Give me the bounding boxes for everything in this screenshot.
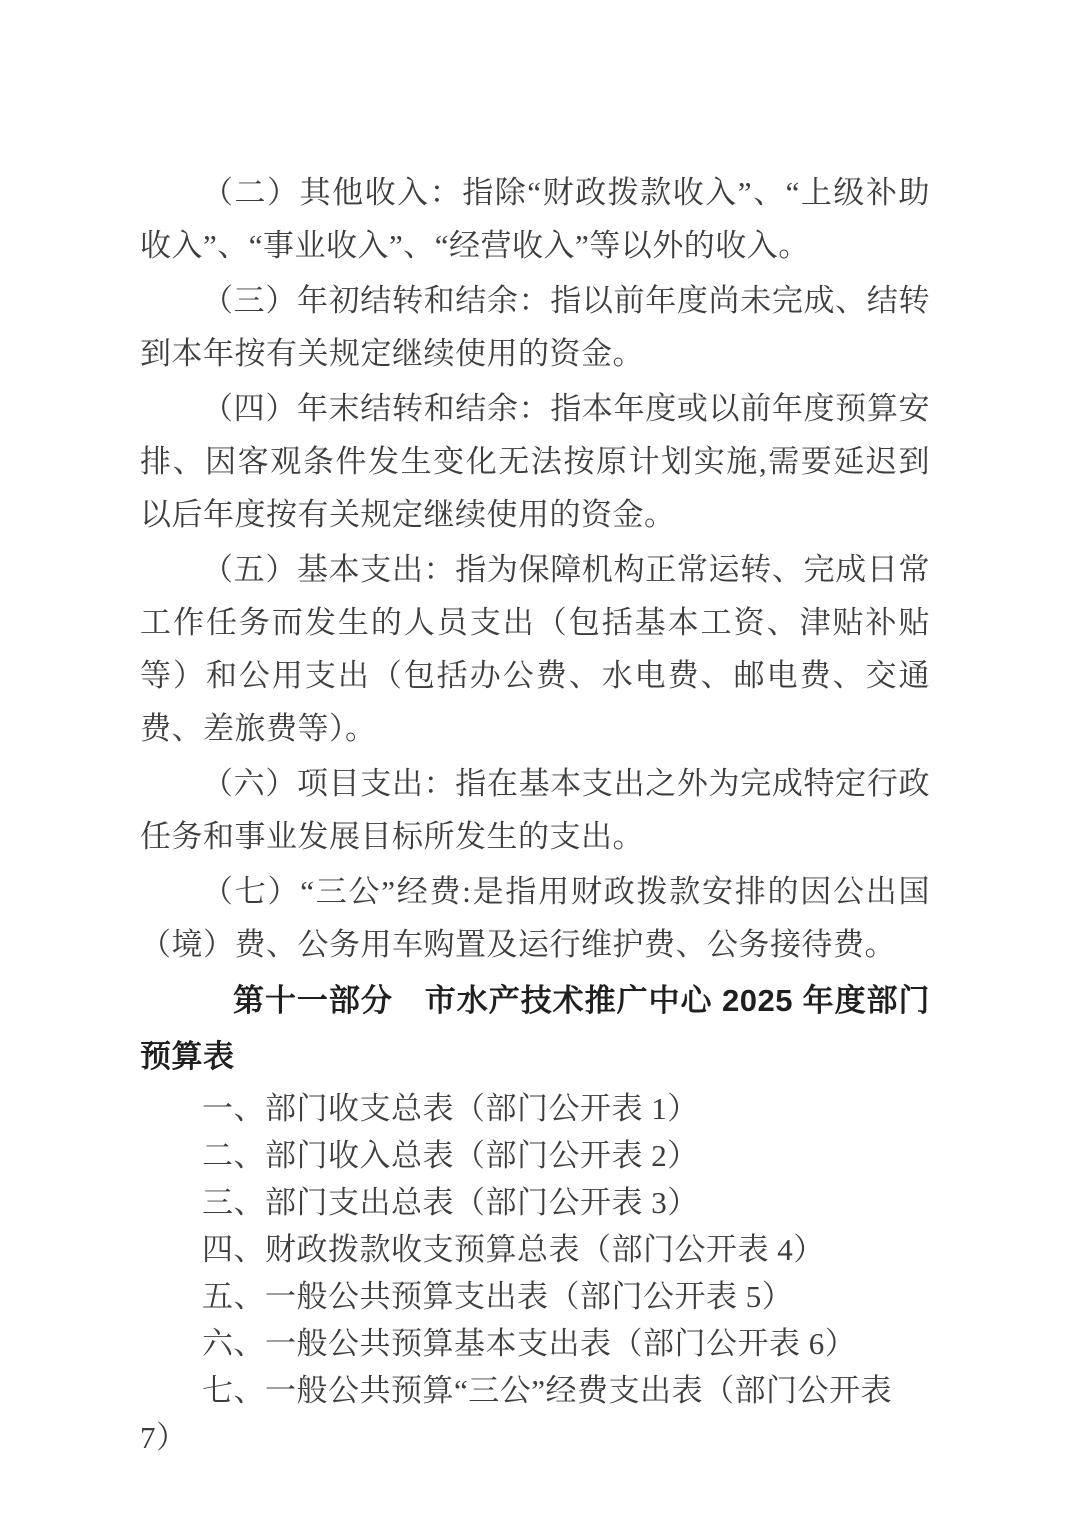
paragraph-project-expenditure: （六）项目支出：指在基本支出之外为完成特定行政任务和事业发展目标所发生的支出。 (140, 757, 930, 863)
budget-table-list: 一、部门收支总表（部门公开表 1） 二、部门收入总表（部门公开表 2） 三、部门… (140, 1085, 930, 1461)
list-item-table-5: 五、一般公共预算支出表（部门公开表 5） (140, 1273, 930, 1320)
list-item-table-3: 三、部门支出总表（部门公开表 3） (140, 1179, 930, 1226)
list-item-table-7: 七、一般公共预算“三公”经费支出表（部门公开表 7） (140, 1367, 930, 1461)
paragraph-year-start-carryover: （三）年初结转和结余：指以前年度尚未完成、结转到本年按有关规定继续使用的资金。 (140, 274, 930, 380)
list-item-table-4: 四、财政拨款收支预算总表（部门公开表 4） (140, 1226, 930, 1273)
paragraph-year-end-carryover: （四）年末结转和结余：指本年度或以前年度预算安排、因客观条件发生变化无法按原计划… (140, 382, 930, 541)
document-content: （二）其他收入：指除“财政拨款收入”、“上级补助收入”、“事业收入”、“经营收入… (140, 166, 930, 1461)
section-heading: 第十一部分 市水产技术推广中心 2025 年度部门预算表 (140, 973, 930, 1085)
list-item-table-6: 六、一般公共预算基本支出表（部门公开表 6） (140, 1320, 930, 1367)
paragraph-three-public-funds: （七）“三公”经费:是指用财政拨款安排的因公出国（境）费、公务用车购置及运行维护… (140, 865, 930, 971)
list-item-table-2: 二、部门收入总表（部门公开表 2） (140, 1132, 930, 1179)
paragraph-other-income: （二）其他收入：指除“财政拨款收入”、“上级补助收入”、“事业收入”、“经营收入… (140, 166, 930, 272)
document-page: （二）其他收入：指除“财政拨款收入”、“上级补助收入”、“事业收入”、“经营收入… (0, 0, 1074, 1520)
list-item-table-1: 一、部门收支总表（部门公开表 1） (140, 1085, 930, 1132)
paragraph-basic-expenditure: （五）基本支出：指为保障机构正常运转、完成日常工作任务而发生的人员支出（包括基本… (140, 543, 930, 755)
